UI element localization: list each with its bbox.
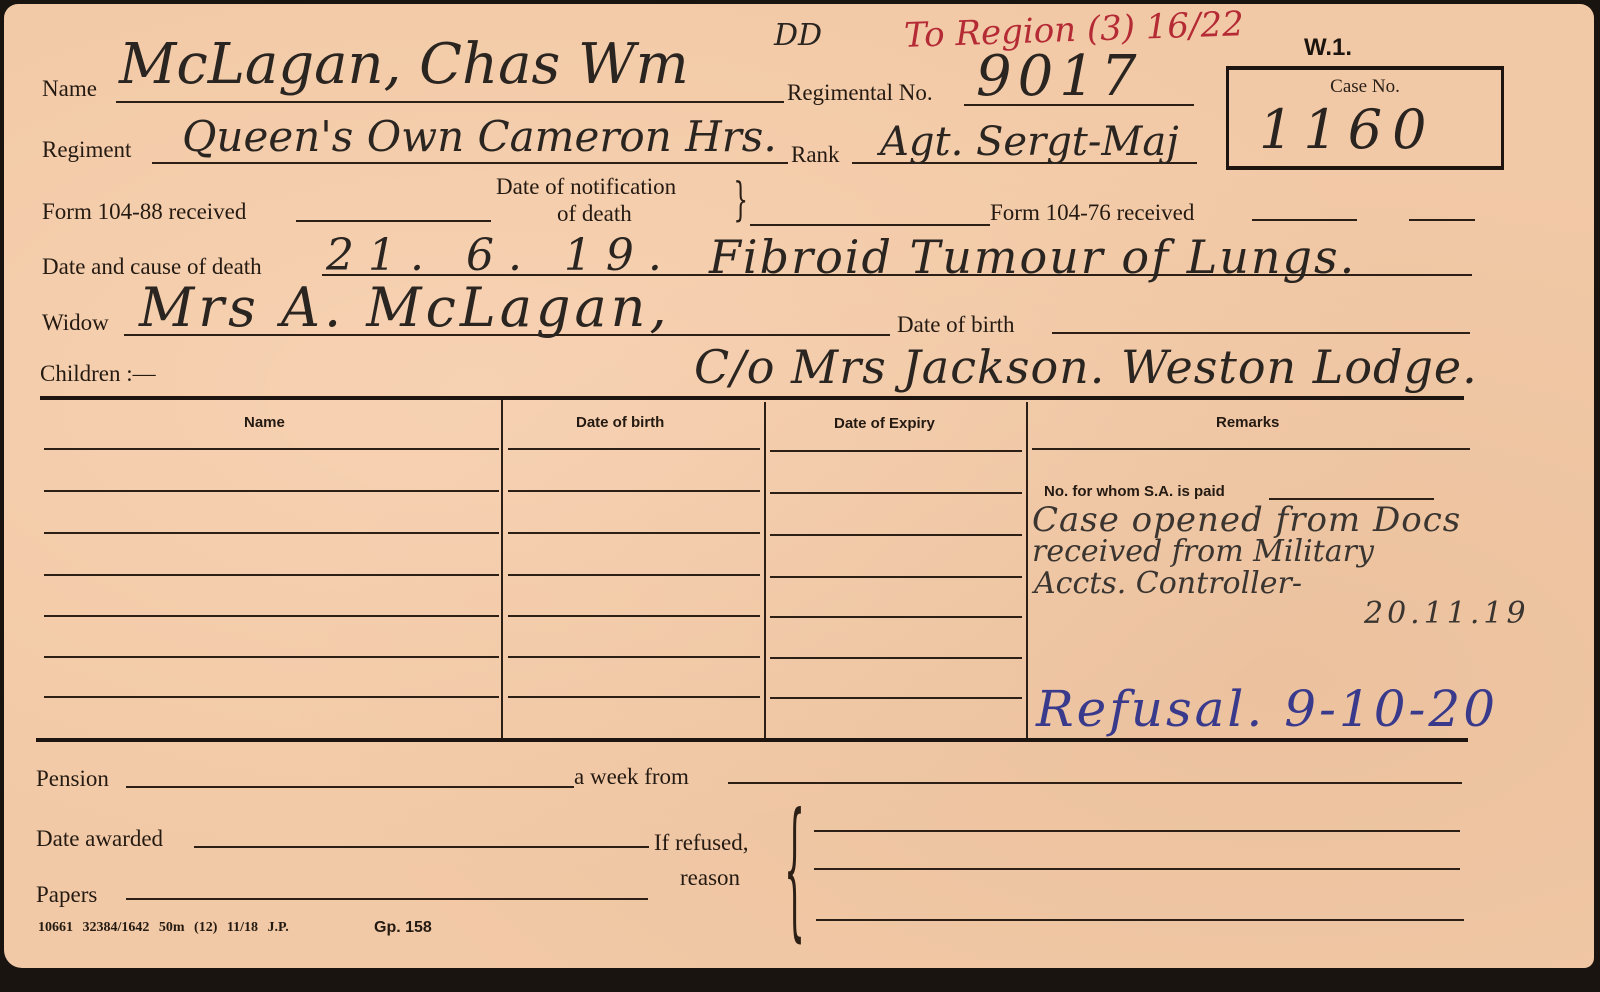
- week-from-label: a week from: [574, 764, 689, 790]
- papers-underline: [126, 898, 648, 900]
- table-row-line: [508, 490, 760, 492]
- if-refused-label: If refused,: [654, 830, 749, 856]
- children-label: Children :—: [40, 361, 156, 387]
- column-header-name: Name: [244, 414, 285, 431]
- group-number: Gp. 158: [374, 919, 432, 937]
- table-row-line: [44, 696, 499, 698]
- refusal-note[interactable]: Refusal. 9-10-20: [1036, 680, 1498, 738]
- table-row-line: [44, 574, 499, 576]
- sa-paid-label: No. for whom S.A. is paid: [1044, 483, 1225, 500]
- column-divider-3: [1026, 402, 1028, 740]
- table-row-line: [44, 656, 499, 658]
- table-row-line: [508, 615, 760, 617]
- column-divider-2: [764, 402, 766, 740]
- table-row-line: [508, 656, 760, 658]
- column-header-dob: Date of birth: [576, 414, 664, 431]
- table-row-line: [770, 450, 1022, 452]
- remarks-line-2[interactable]: received from Military: [1032, 534, 1374, 569]
- week-from-underline: [728, 782, 1462, 784]
- form-104-76-label: Form 104-76 received: [990, 200, 1194, 226]
- column-header-expiry: Date of Expiry: [834, 415, 935, 432]
- reason-line-3: [816, 919, 1464, 921]
- papers-label: Papers: [36, 882, 97, 908]
- table-row-line: [508, 448, 760, 450]
- notification-label-line1: Date of notification: [496, 174, 676, 200]
- widow-dob-underline: [1052, 332, 1470, 334]
- table-row-line: [770, 534, 1022, 536]
- notification-underline: [750, 224, 990, 226]
- regiment-label: Regiment: [42, 137, 131, 163]
- rank-label: Rank: [791, 142, 840, 168]
- reason-label: reason: [680, 865, 740, 891]
- reason-line-2: [814, 868, 1460, 870]
- case-number-label: Case No.: [1229, 76, 1501, 98]
- table-row-line: [44, 448, 499, 450]
- column-header-remarks: Remarks: [1216, 414, 1279, 431]
- pension-label: Pension: [36, 766, 109, 792]
- form-104-88-label: Form 104-88 received: [42, 199, 246, 225]
- remarks-header-underline: [1032, 448, 1470, 450]
- death-cause-value[interactable]: Fibroid Tumour of Lungs.: [709, 230, 1356, 284]
- remarks-date[interactable]: 20.11.19: [1364, 596, 1530, 631]
- children-address-value[interactable]: C/o Mrs Jackson. Weston Lodge.: [694, 340, 1478, 394]
- pension-underline: [126, 786, 574, 788]
- column-divider-1: [501, 400, 503, 740]
- table-row-line: [770, 576, 1022, 578]
- refused-reason-brace: {: [784, 794, 805, 944]
- print-code: 10661 32384/1642 50m (12) 11/18 J.P.: [38, 920, 289, 936]
- table-row-line: [508, 574, 760, 576]
- table-row-line: [770, 657, 1022, 659]
- widow-value[interactable]: Mrs A. McLagan,: [139, 276, 671, 339]
- dd-annotation: DD: [774, 18, 822, 53]
- form-104-76-underline-2: [1409, 219, 1475, 221]
- widow-label: Widow: [42, 310, 109, 336]
- death-date-value[interactable]: 21. 6. 19.: [326, 230, 676, 281]
- date-awarded-underline: [194, 846, 649, 848]
- table-top-border: [40, 396, 1464, 400]
- case-number-value[interactable]: 1160: [1259, 98, 1436, 161]
- date-awarded-label: Date awarded: [36, 826, 163, 852]
- regimental-no-label: Regimental No.: [787, 80, 933, 106]
- case-number-box: Case No. 1160: [1226, 66, 1504, 170]
- name-underline: [116, 101, 784, 103]
- table-row-line: [770, 697, 1022, 699]
- notification-label-line2: of death: [557, 201, 632, 227]
- table-row-line: [44, 615, 499, 617]
- table-row-line: [508, 532, 760, 534]
- table-row-line: [44, 532, 499, 534]
- notification-brace: }: [733, 176, 748, 222]
- name-label: Name: [42, 76, 97, 102]
- table-row-line: [770, 616, 1022, 618]
- table-row-line: [770, 492, 1022, 494]
- table-row-line: [508, 696, 760, 698]
- regiment-underline: [152, 162, 788, 164]
- regiment-value[interactable]: Queen's Own Cameron Hrs.: [182, 112, 777, 161]
- name-value[interactable]: McLagan, Chas Wm: [119, 32, 689, 97]
- form-104-76-underline: [1252, 219, 1357, 221]
- form-id: W.1.: [1304, 34, 1352, 62]
- remarks-line-3[interactable]: Accts. Controller-: [1034, 566, 1302, 601]
- regimental-no-value[interactable]: 9017: [976, 44, 1143, 109]
- pension-record-card: DD To Region (3) 16/22 W.1. Case No. 116…: [4, 4, 1594, 968]
- table-bottom-border: [36, 738, 1468, 742]
- reason-line-1: [814, 830, 1460, 832]
- widow-dob-label: Date of birth: [897, 312, 1015, 338]
- table-row-line: [44, 490, 499, 492]
- form-104-88-underline: [296, 220, 491, 222]
- rank-value[interactable]: Agt. Sergt-Maj: [880, 119, 1179, 165]
